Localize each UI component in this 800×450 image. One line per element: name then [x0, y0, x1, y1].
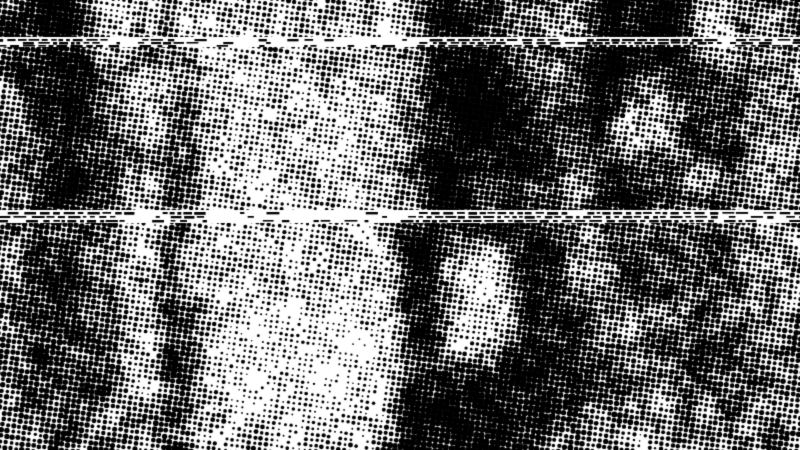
halftone-photo-canvas [0, 0, 800, 450]
photo-viewport [0, 0, 800, 450]
